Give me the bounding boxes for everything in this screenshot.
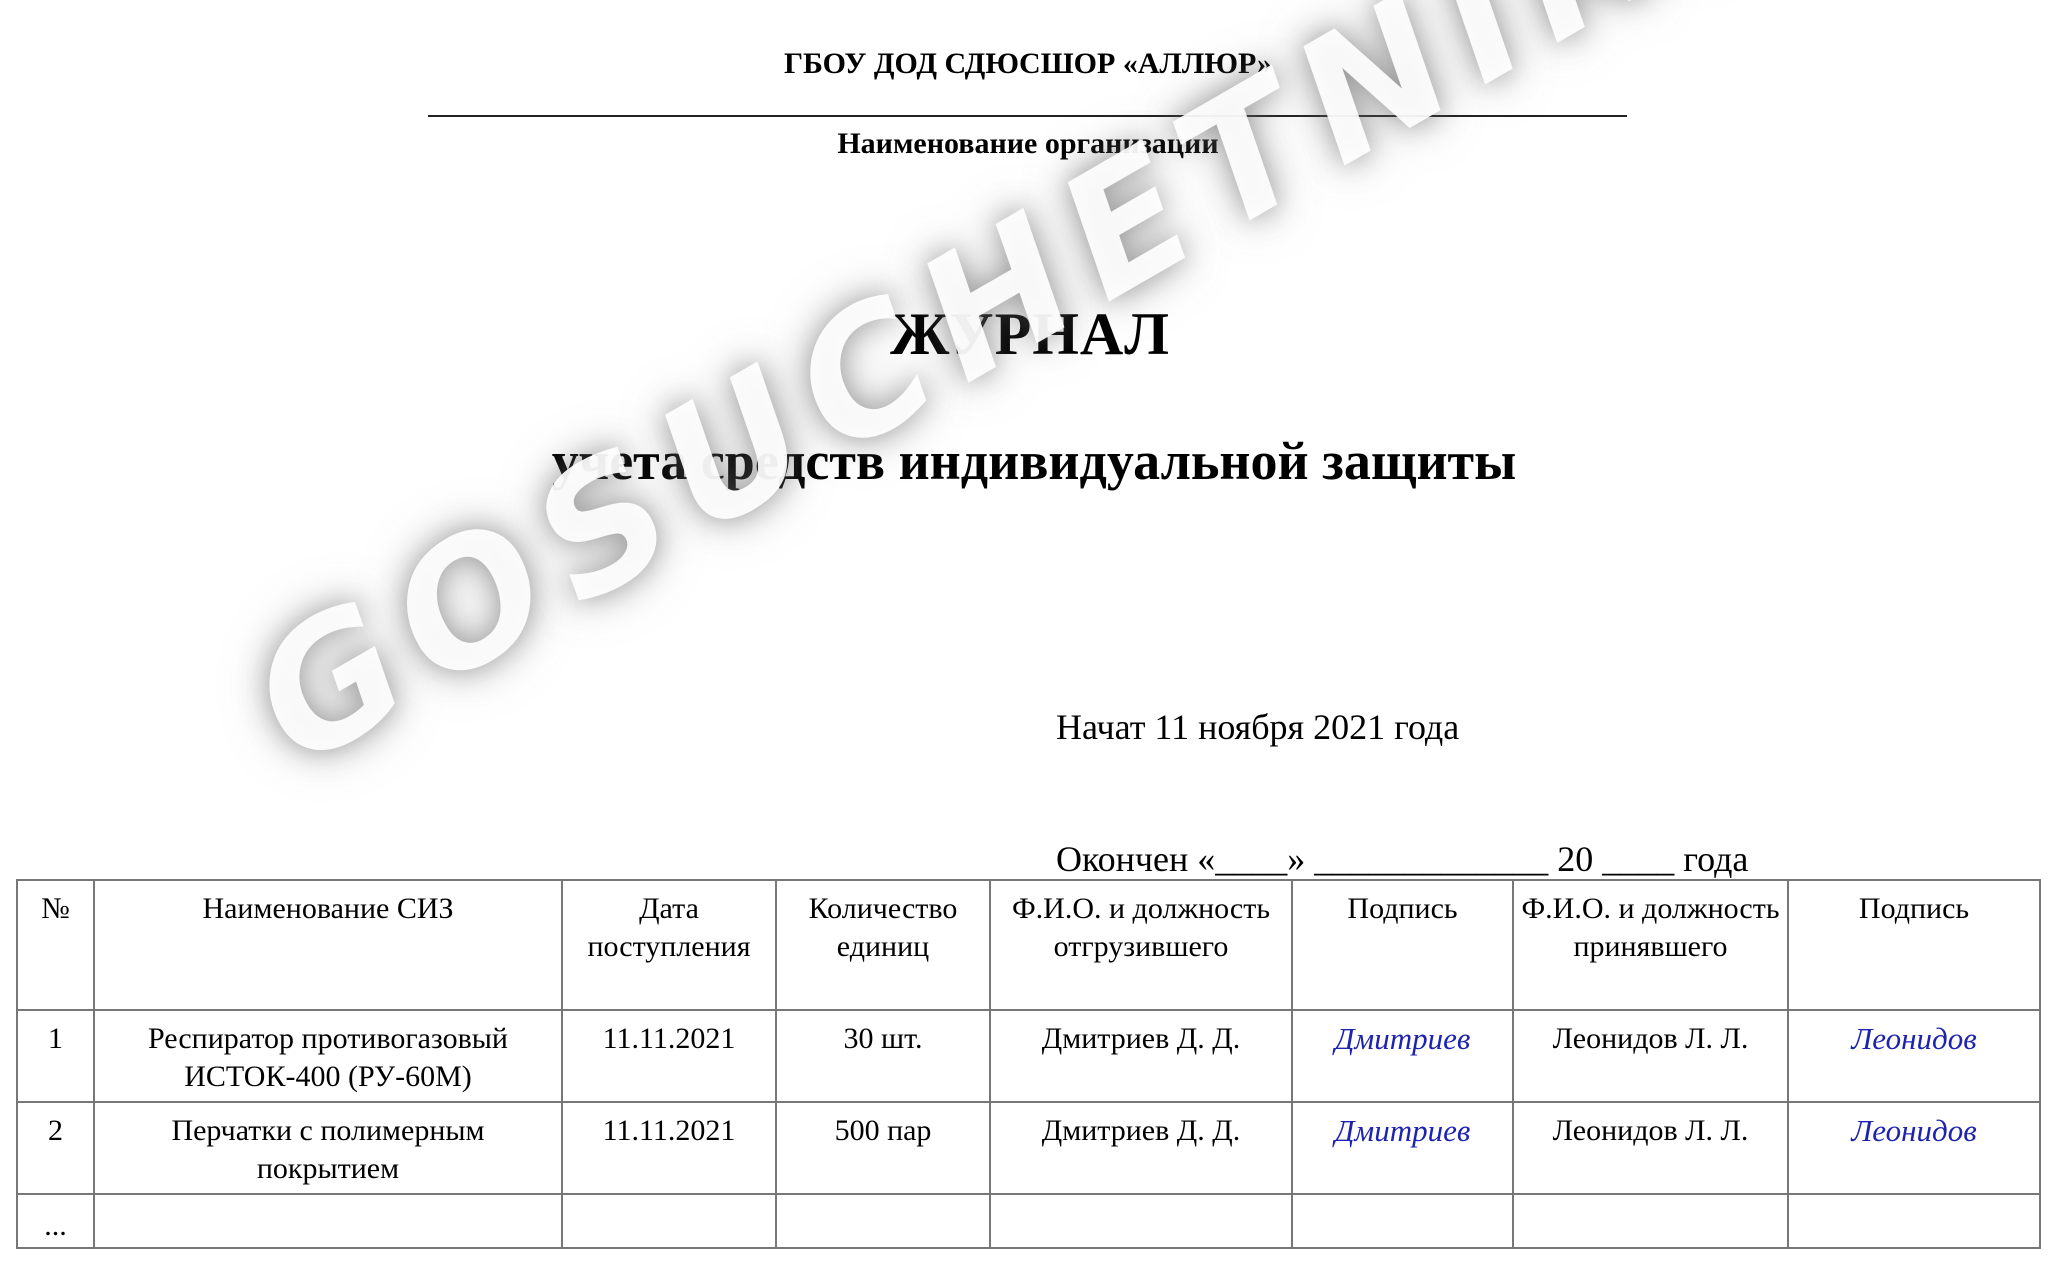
cell-continuation: ... <box>17 1194 94 1248</box>
document-subtitle: учета средств индивидуальной защиты <box>0 428 2065 494</box>
organization-caption: Наименование организации <box>0 126 2056 162</box>
column-header-ppe-name: Наименование СИЗ <box>94 880 562 1010</box>
cell-empty <box>1292 1194 1513 1248</box>
column-header-shipper: Ф.И.О. и должность отгрузившего <box>990 880 1292 1010</box>
organization-underline <box>428 115 1627 117</box>
cell-empty <box>1788 1194 2040 1248</box>
column-header-receiver-signature: Подпись <box>1788 880 2040 1010</box>
cell-shipper-signature: Дмитриев <box>1292 1010 1513 1102</box>
cell-empty <box>94 1194 562 1248</box>
organization-name: ГБОУ ДОД СДЮСШОР «АЛЛЮР» <box>0 46 2056 82</box>
column-header-quantity: Количество единиц <box>776 880 990 1010</box>
cell-quantity: 30 шт. <box>776 1010 990 1102</box>
period-started: Начат 11 ноября 2021 года <box>1056 705 1748 749</box>
table-row: 2 Перчатки с полимерным покрытием 11.11.… <box>17 1102 2040 1194</box>
cell-receiver: Леонидов Л. Л. <box>1513 1010 1788 1102</box>
cell-ppe-name: Респиратор противогазовый ИСТОК-400 (РУ-… <box>94 1010 562 1102</box>
cell-receiver-signature: Леонидов <box>1788 1102 2040 1194</box>
table-row: 1 Респиратор противогазовый ИСТОК-400 (Р… <box>17 1010 2040 1102</box>
cell-receipt-date: 11.11.2021 <box>562 1102 776 1194</box>
cell-receiver: Леонидов Л. Л. <box>1513 1102 1788 1194</box>
cell-empty <box>1513 1194 1788 1248</box>
cell-shipper: Дмитриев Д. Д. <box>990 1102 1292 1194</box>
journal-table: № Наименование СИЗ Дата поступления Коли… <box>16 879 2041 1249</box>
cell-empty <box>990 1194 1292 1248</box>
cell-ppe-name: Перчатки с полимерным покрытием <box>94 1102 562 1194</box>
cell-shipper-signature: Дмитриев <box>1292 1102 1513 1194</box>
cell-empty <box>776 1194 990 1248</box>
column-header-receipt-date: Дата поступления <box>562 880 776 1010</box>
document-title: ЖУРНАЛ <box>0 298 2060 370</box>
cell-quantity: 500 пар <box>776 1102 990 1194</box>
column-header-receiver: Ф.И.О. и должность принявшего <box>1513 880 1788 1010</box>
period-finished: Окончен «____» _____________ 20 ____ год… <box>1056 837 1748 881</box>
cell-receiver-signature: Леонидов <box>1788 1010 2040 1102</box>
cell-empty <box>562 1194 776 1248</box>
cell-receipt-date: 11.11.2021 <box>562 1010 776 1102</box>
cell-number: 2 <box>17 1102 94 1194</box>
column-header-shipper-signature: Подпись <box>1292 880 1513 1010</box>
table-row-continuation: ... <box>17 1194 2040 1248</box>
cell-number: 1 <box>17 1010 94 1102</box>
table-header-row: № Наименование СИЗ Дата поступления Коли… <box>17 880 2040 1010</box>
cell-shipper: Дмитриев Д. Д. <box>990 1010 1292 1102</box>
column-header-number: № <box>17 880 94 1010</box>
